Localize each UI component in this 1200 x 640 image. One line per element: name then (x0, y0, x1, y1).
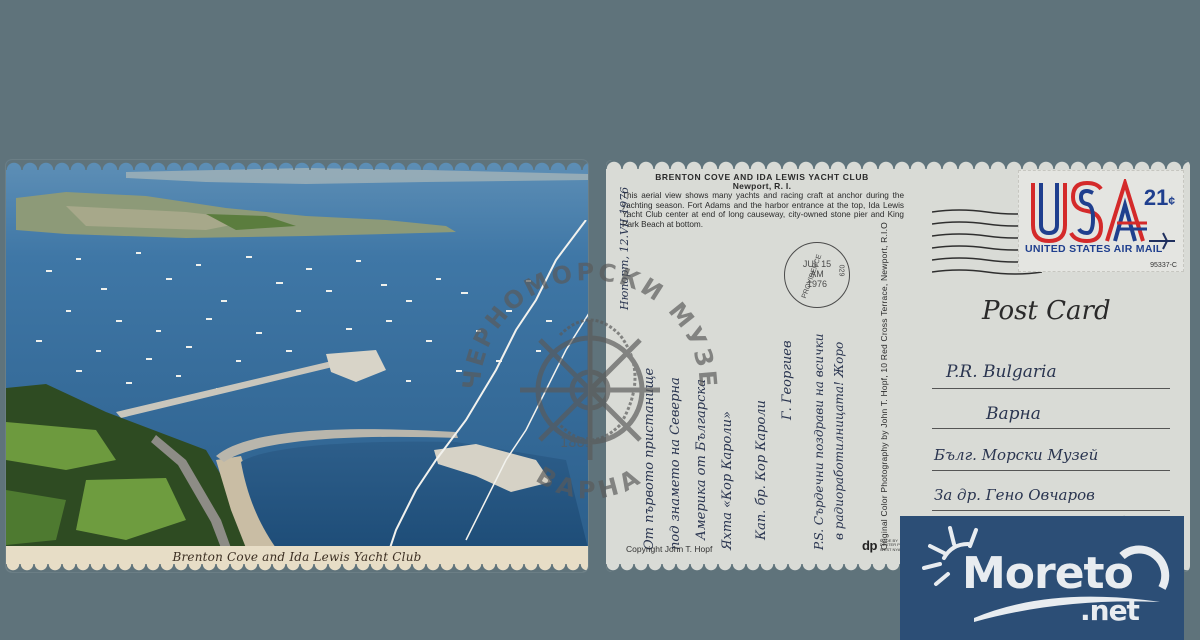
address-rule (932, 388, 1170, 389)
scalloped-edge (6, 160, 588, 170)
scalloped-edge (6, 564, 588, 572)
stamp-value: 21¢ (1144, 185, 1175, 211)
photo-credit: Original Color Photography by John T. Ho… (879, 190, 889, 550)
handwriting-line: P.S. Сърдечни поздрави на всички (812, 334, 826, 551)
postmark-code: 029 (838, 265, 845, 277)
address-line: Варна (986, 404, 1041, 424)
address-rule (932, 470, 1170, 471)
handwriting-line: под знамето на Северна (668, 377, 683, 550)
handwriting-line: Г. Георгиев (780, 340, 795, 420)
postcard-back: BRENTON COVE AND IDA LEWIS YACHT CLUB Ne… (606, 160, 1190, 572)
stamp-code: 95337-C (1150, 262, 1177, 269)
stamp-label: UNITED STATES AIR MAIL (1025, 243, 1163, 255)
postmark-year: 1976 (785, 279, 849, 289)
scalloped-edge (606, 160, 1190, 169)
usa-stamp-graphic (1027, 179, 1147, 249)
address-line: Бълг. Морски Музей (934, 446, 1098, 464)
address-rule (932, 510, 1170, 511)
back-description: This aerial view shows many yachts and r… (622, 191, 904, 229)
postcard-front: Brenton Cove and Ida Lewis Yacht Club (6, 160, 588, 572)
postcard-label: Post Card (982, 296, 1111, 326)
handwriting-line: Кап. бр. Кор Кароли (754, 400, 769, 540)
moreto-tld: .net (1080, 594, 1139, 627)
address-line: За др. Гено Овчаров (934, 486, 1095, 504)
address-rule (932, 428, 1170, 429)
moreto-wordmark: Moreto (962, 548, 1133, 599)
postmark: JUL 15 AM 1976 PROVIDENCE 029 (784, 242, 850, 308)
address-line: P.R. Bulgaria (946, 362, 1057, 382)
handwriting-line: в радиоработилницата! Жоро (832, 342, 846, 540)
photo-caption: Brenton Cove and Ida Lewis Yacht Club (172, 550, 421, 564)
copyright-notice: Copyright John T. Hopf (626, 544, 712, 554)
publisher-mark: dp (862, 538, 877, 553)
aerial-photo-brenton-cove (6, 160, 588, 548)
handwriting-line: От първото пристанище (642, 368, 657, 550)
handwriting-line: Яхта «Кор Кароли» (720, 411, 735, 550)
airmail-stamp: 21¢ UNITED STATES AIR MAIL 95337-C (1018, 170, 1184, 272)
handwriting-line: Америка от Българска (694, 379, 709, 540)
back-subtitle: Newport, R. I. (622, 181, 902, 191)
moreto-logo-box[interactable]: Moreto .net (900, 516, 1184, 640)
